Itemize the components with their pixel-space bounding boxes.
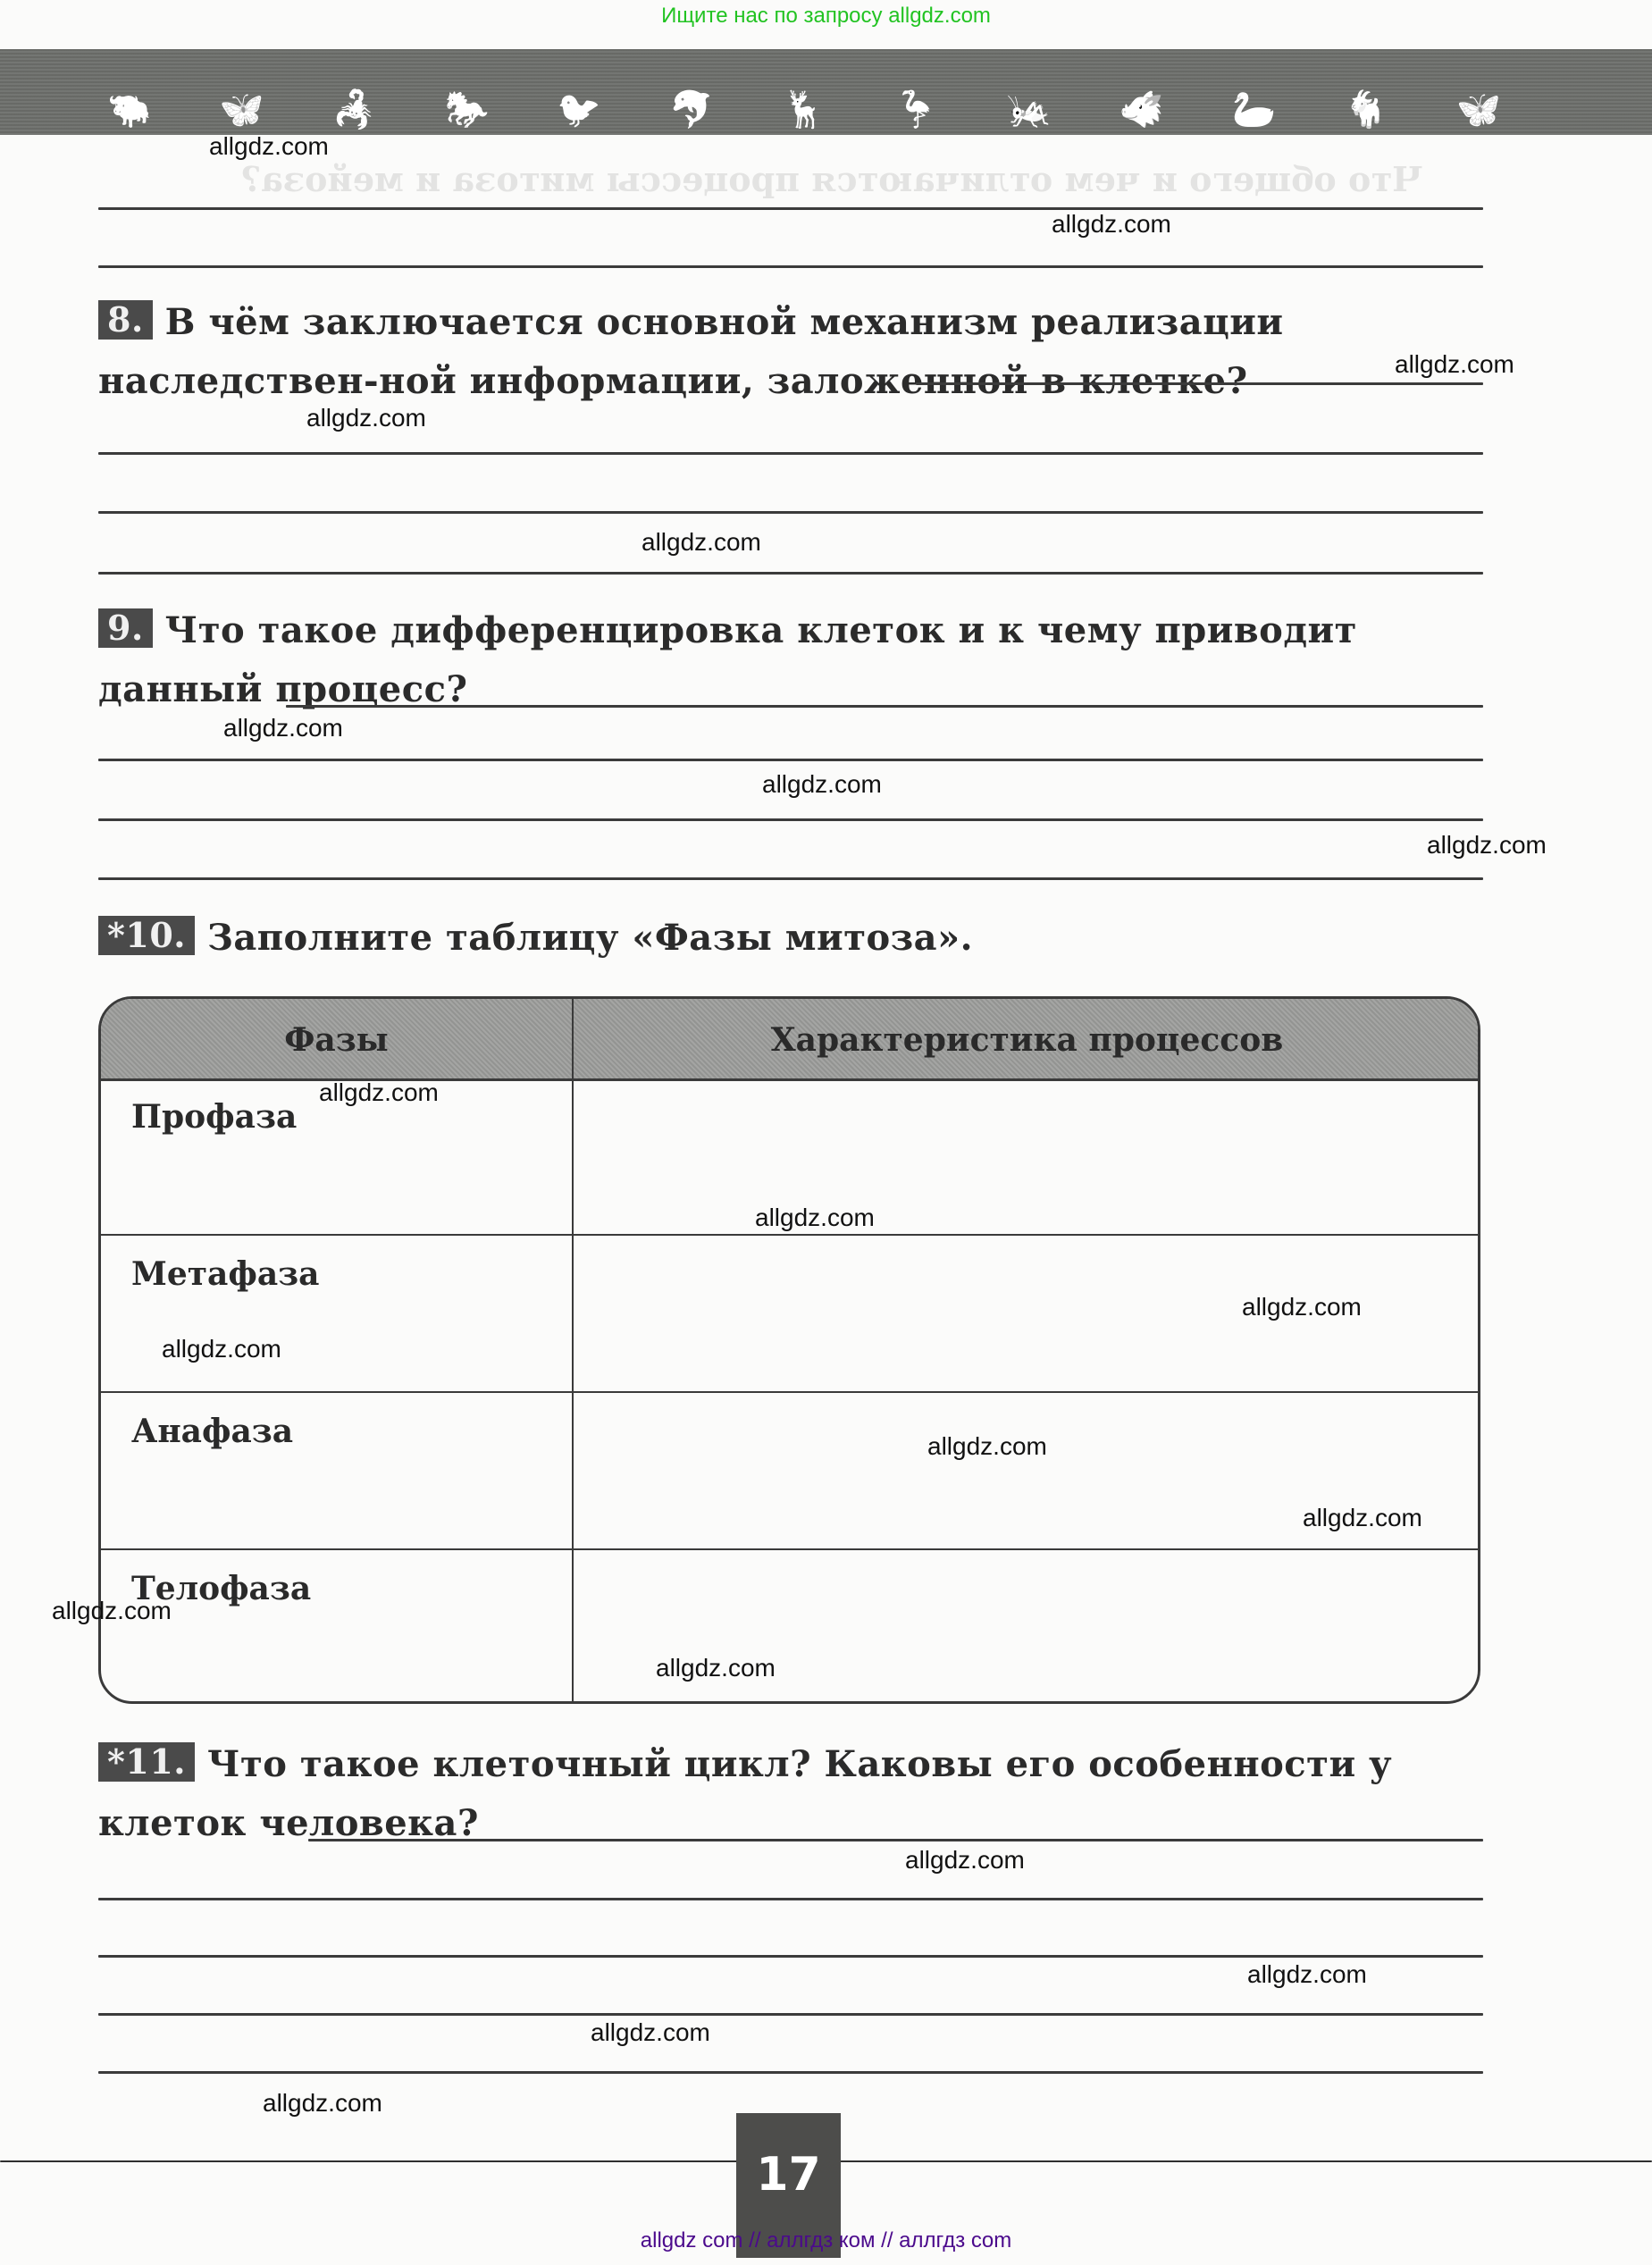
header-band: 🐃🦋🦂🐎🐦🐬🦌🦩🦗🐗🦢🐐🦋 bbox=[0, 49, 1652, 135]
answer-line[interactable] bbox=[98, 511, 1483, 514]
answer-line[interactable] bbox=[98, 572, 1483, 575]
insect-icon: 🦗 bbox=[1007, 88, 1052, 131]
question-text: В чём заключается основной механизм реал… bbox=[98, 301, 1284, 402]
watermark-text: allgdz.com bbox=[306, 404, 426, 432]
butterfly-icon: 🦋 bbox=[1456, 88, 1501, 131]
answer-line[interactable] bbox=[98, 452, 1483, 455]
moose-icon: 🦌 bbox=[782, 88, 826, 131]
watermark-text: allgdz.com bbox=[591, 2018, 710, 2047]
watermark-text: allgdz.com bbox=[642, 528, 761, 557]
watermark-text: allgdz.com bbox=[52, 1597, 172, 1625]
answer-line[interactable] bbox=[98, 1955, 1483, 1958]
watermark-text: allgdz.com bbox=[656, 1654, 776, 1682]
answer-line[interactable] bbox=[98, 877, 1483, 880]
mitosis-phases-table: Фазы Характеристика процессов Профаза Ме… bbox=[98, 996, 1480, 1704]
answer-line[interactable] bbox=[98, 2013, 1483, 2016]
table-header: Фазы Характеристика процессов bbox=[101, 999, 1478, 1081]
answer-line[interactable] bbox=[308, 1839, 1483, 1841]
question-text: Что такое клеточный цикл? Каковы его осо… bbox=[98, 1743, 1392, 1844]
scorpion-icon: 🦂 bbox=[332, 88, 377, 131]
question-10: *10.Заполните таблицу «Фазы митоза». bbox=[98, 909, 1483, 968]
watermark-text: allgdz.com bbox=[1052, 210, 1171, 239]
question-9: 9.Что такое дифференцировка клеток и к ч… bbox=[98, 601, 1483, 719]
watermark-text: allgdz.com bbox=[319, 1078, 439, 1107]
answer-line[interactable] bbox=[98, 818, 1483, 821]
watermark-text: allgdz.com bbox=[1242, 1293, 1362, 1321]
footer-links[interactable]: allgdz com // аллгдз ком // аллгдз com bbox=[0, 2228, 1652, 2253]
watermark-text: allgdz.com bbox=[905, 1846, 1025, 1875]
question-number: *10. bbox=[98, 916, 195, 955]
question-number: 8. bbox=[98, 300, 153, 340]
watermark-text: allgdz.com bbox=[209, 132, 329, 161]
phase-name: Профаза bbox=[131, 1098, 297, 1136]
question-text-bold: «Фазы митоза» bbox=[632, 917, 960, 959]
watermark-text: allgdz.com bbox=[755, 1204, 875, 1232]
question-text: Заполните таблицу bbox=[207, 917, 632, 959]
watermark-text: allgdz.com bbox=[263, 2089, 382, 2118]
question-text-end: . bbox=[960, 917, 973, 959]
column-divider bbox=[572, 999, 574, 1701]
question-number: *11. bbox=[98, 1742, 195, 1782]
bleed-through-text: Что общего и чем отличаются процессы мит… bbox=[241, 159, 1423, 199]
column-header-characteristics: Характеристика процессов bbox=[574, 999, 1480, 1078]
dolphin-icon: 🐬 bbox=[669, 88, 714, 131]
question-text: Что такое дифференцировка клеток и к чем… bbox=[98, 609, 1357, 710]
answer-line[interactable] bbox=[916, 382, 1483, 385]
watermark-text: allgdz.com bbox=[927, 1432, 1047, 1461]
description-cell-prophase[interactable] bbox=[574, 1081, 1477, 1233]
top-banner[interactable]: Ищите нас по запросу allgdz.com bbox=[0, 4, 1652, 29]
watermark-text: allgdz.com bbox=[162, 1335, 281, 1363]
animal-silhouettes: 🐃🦋🦂🐎🐦🐬🦌🦩🦗🐗🦢🐐🦋 bbox=[107, 88, 1501, 131]
watermark-text: allgdz.com bbox=[1303, 1504, 1422, 1532]
watermark-text: allgdz.com bbox=[762, 770, 882, 799]
watermark-text: allgdz.com bbox=[1247, 1960, 1367, 1989]
crane-icon: 🦢 bbox=[1231, 88, 1276, 131]
butterfly-icon: 🦋 bbox=[220, 88, 264, 131]
horse-icon: 🐎 bbox=[445, 88, 490, 131]
answer-line[interactable] bbox=[98, 2071, 1483, 2074]
boar-icon: 🐗 bbox=[1120, 88, 1164, 131]
heron-icon: 🦩 bbox=[894, 88, 939, 131]
watermark-text: allgdz.com bbox=[1395, 350, 1514, 379]
question-number: 9. bbox=[98, 608, 153, 648]
watermark-text: allgdz.com bbox=[1427, 831, 1547, 860]
phase-name: Анафаза bbox=[131, 1413, 293, 1450]
question-11: *11.Что такое клеточный цикл? Каковы его… bbox=[98, 1735, 1483, 1853]
bird-icon: 🐦 bbox=[557, 88, 601, 131]
answer-line[interactable] bbox=[98, 1898, 1483, 1900]
phase-name: Метафаза bbox=[131, 1255, 319, 1293]
answer-line[interactable] bbox=[98, 207, 1483, 210]
bison-icon: 🐃 bbox=[107, 88, 152, 131]
column-header-phases: Фазы bbox=[101, 999, 572, 1078]
answer-line[interactable] bbox=[286, 705, 1483, 708]
antelope-icon: 🐐 bbox=[1344, 88, 1388, 131]
answer-line[interactable] bbox=[98, 265, 1483, 268]
answer-line[interactable] bbox=[98, 759, 1483, 761]
question-8: 8.В чём заключается основной механизм ре… bbox=[98, 293, 1483, 411]
watermark-text: allgdz.com bbox=[223, 714, 343, 742]
